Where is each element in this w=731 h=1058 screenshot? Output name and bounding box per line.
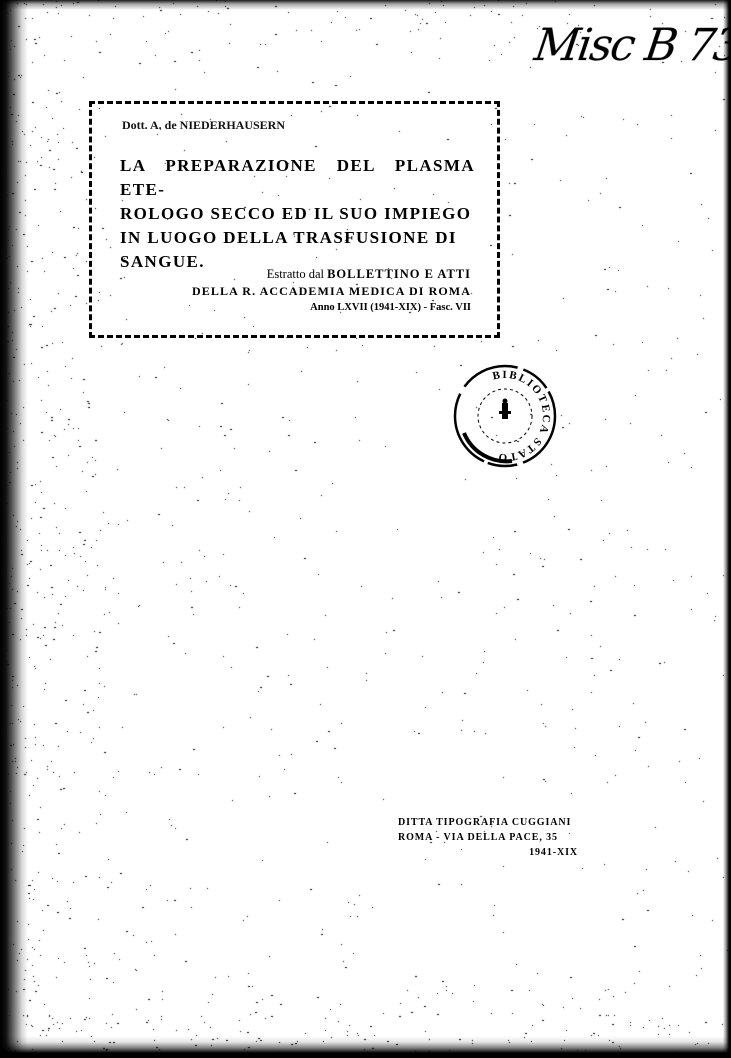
- journal-name-2: DELLA R. ACCADEMIA MEDICA DI ROMA: [192, 283, 471, 299]
- publisher-name: DITTA TIPOGRAFIA CUGGIANI: [398, 815, 578, 830]
- scan-edge-left: [0, 0, 28, 1058]
- scan-edge-right: [723, 0, 731, 1058]
- scan-edge-bottom: [0, 1036, 731, 1058]
- extract-note: Estratto dal BOLLETTINO E ATTI DELLA R. …: [192, 266, 471, 316]
- scanned-page: Misc B 73/9 Dott. A. de NIEDERHAUSERN LA…: [0, 0, 731, 1058]
- author: Dott. A. de NIEDERHAUSERN: [122, 118, 285, 133]
- scan-edge-top: [0, 0, 731, 10]
- extract-prefix: Estratto dal: [267, 267, 324, 281]
- publisher-address: ROMA - VIA DELLA PACE, 35: [398, 830, 578, 845]
- extract-line-1: Estratto dal BOLLETTINO E ATTI: [192, 266, 471, 283]
- issue-info: Anno LXVII (1941-XIX) - Fasc. VII: [192, 299, 471, 316]
- title-line: LA PREPARAZIONE DEL PLASMA ETE-: [120, 154, 475, 202]
- title-line: ROLOGO SECCO ED IL SUO IMPIEGO: [120, 202, 475, 226]
- publication-year: 1941-XIX: [398, 845, 578, 860]
- library-stamp-icon: BIBLIOTECA STATO: [452, 363, 558, 469]
- title-box: Dott. A. de NIEDERHAUSERN LA PREPARAZION…: [89, 101, 500, 338]
- title-line: IN LUOGO DELLA TRASFUSIONE DI: [120, 226, 475, 250]
- journal-name-1: BOLLETTINO E ATTI: [327, 267, 471, 281]
- document-title: LA PREPARAZIONE DEL PLASMA ETE- ROLOGO S…: [120, 154, 475, 274]
- publisher-block: DITTA TIPOGRAFIA CUGGIANI ROMA - VIA DEL…: [398, 815, 578, 860]
- handwritten-shelfmark: Misc B 73/9: [531, 20, 731, 71]
